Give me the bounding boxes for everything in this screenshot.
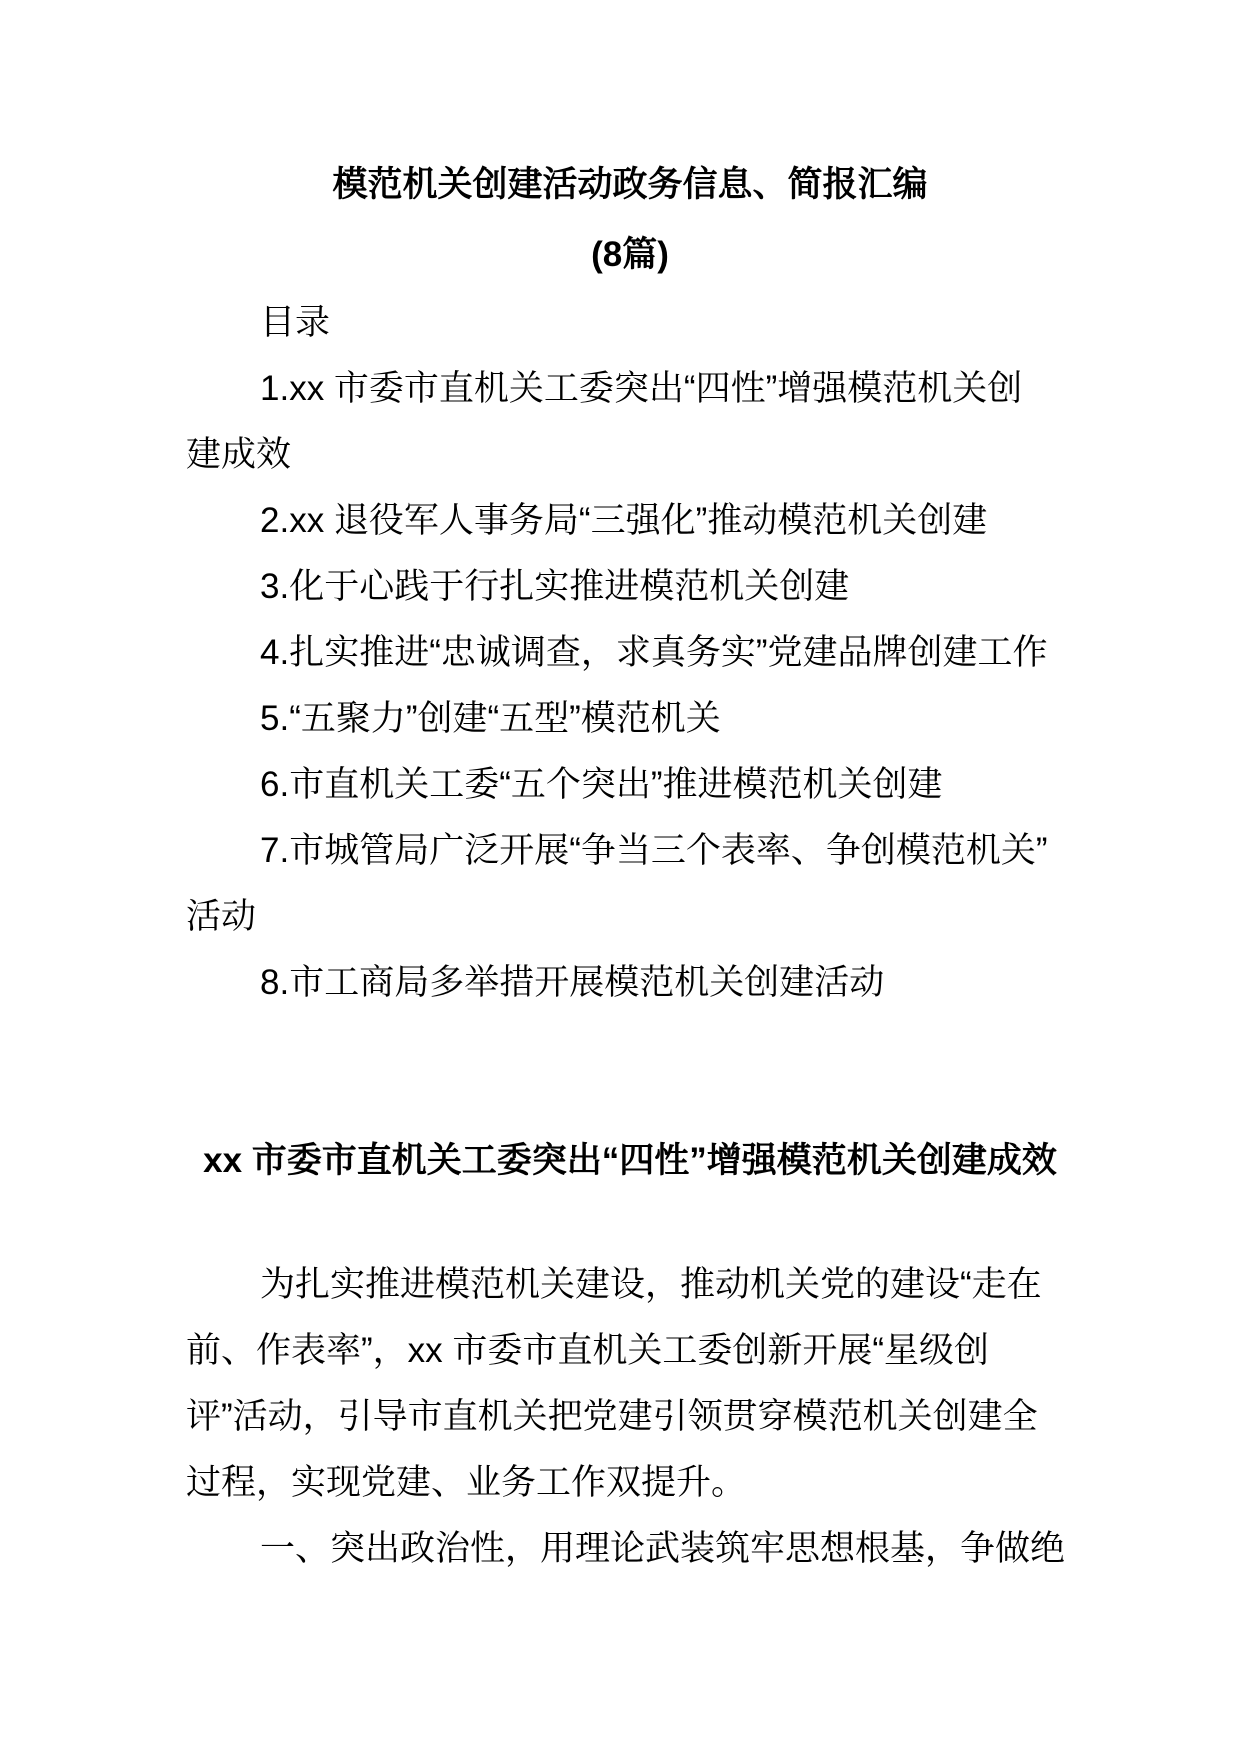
- toc-item: 2.xx 退役军人事务局“三强化”推动模范机关创建: [186, 488, 1074, 554]
- toc-item-line: 活动: [186, 884, 1074, 950]
- document-subtitle: (8篇): [186, 220, 1074, 290]
- paragraph-line: 过程，实现党建、业务工作双提升。: [186, 1450, 1074, 1516]
- toc-item-line: 3.化于心践于行扎实推进模范机关创建: [186, 554, 1074, 620]
- toc-item: 7.市城管局广泛开展“争当三个表率、争创模范机关” 活动: [186, 818, 1074, 950]
- body-paragraph: 一、突出政治性，用理论武装筑牢思想根基，争做绝: [186, 1516, 1074, 1582]
- article: xx 市委市直机关工委突出“四性”增强模范机关创建成效 为扎实推进模范机关建设，…: [186, 1128, 1074, 1582]
- toc-item: 5.“五聚力”创建“五型”模范机关: [186, 686, 1074, 752]
- toc-item-line: 8.市工商局多举措开展模范机关创建活动: [186, 950, 1074, 1016]
- toc-item: 1.xx 市委市直机关工委突出“四性”增强模范机关创 建成效: [186, 356, 1074, 488]
- paragraph-line: 评”活动，引导市直机关把党建引领贯穿模范机关创建全: [186, 1384, 1074, 1450]
- article-heading: xx 市委市直机关工委突出“四性”增强模范机关创建成效: [186, 1128, 1074, 1194]
- paragraph-line: 一、突出政治性，用理论武装筑牢思想根基，争做绝: [186, 1516, 1074, 1582]
- toc-item-line: 2.xx 退役军人事务局“三强化”推动模范机关创建: [186, 488, 1074, 554]
- document-content: 模范机关创建活动政务信息、简报汇编 (8篇) 目录 1.xx 市委市直机关工委突…: [186, 150, 1074, 1582]
- table-of-contents: 目录 1.xx 市委市直机关工委突出“四性”增强模范机关创 建成效 2.xx 退…: [186, 290, 1074, 1016]
- toc-label: 目录: [186, 290, 1074, 356]
- body-paragraph: 为扎实推进模范机关建设，推动机关党的建设“走在 前、作表率”，xx 市委市直机关…: [186, 1252, 1074, 1516]
- toc-item-line: 5.“五聚力”创建“五型”模范机关: [186, 686, 1074, 752]
- document-title: 模范机关创建活动政务信息、简报汇编: [186, 150, 1074, 220]
- toc-item-line: 4.扎实推进“忠诚调查，求真务实”党建品牌创建工作: [186, 620, 1074, 686]
- toc-item-line: 7.市城管局广泛开展“争当三个表率、争创模范机关”: [186, 818, 1074, 884]
- document-page: 模范机关创建活动政务信息、简报汇编 (8篇) 目录 1.xx 市委市直机关工委突…: [0, 0, 1240, 1754]
- toc-item: 4.扎实推进“忠诚调查，求真务实”党建品牌创建工作: [186, 620, 1074, 686]
- toc-item: 3.化于心践于行扎实推进模范机关创建: [186, 554, 1074, 620]
- toc-item: 8.市工商局多举措开展模范机关创建活动: [186, 950, 1074, 1016]
- toc-item: 6.市直机关工委“五个突出”推进模范机关创建: [186, 752, 1074, 818]
- toc-item-line: 6.市直机关工委“五个突出”推进模范机关创建: [186, 752, 1074, 818]
- paragraph-line: 前、作表率”，xx 市委市直机关工委创新开展“星级创: [186, 1318, 1074, 1384]
- toc-item-line: 建成效: [186, 422, 1074, 488]
- toc-item-line: 1.xx 市委市直机关工委突出“四性”增强模范机关创: [186, 356, 1074, 422]
- paragraph-line: 为扎实推进模范机关建设，推动机关党的建设“走在: [186, 1252, 1074, 1318]
